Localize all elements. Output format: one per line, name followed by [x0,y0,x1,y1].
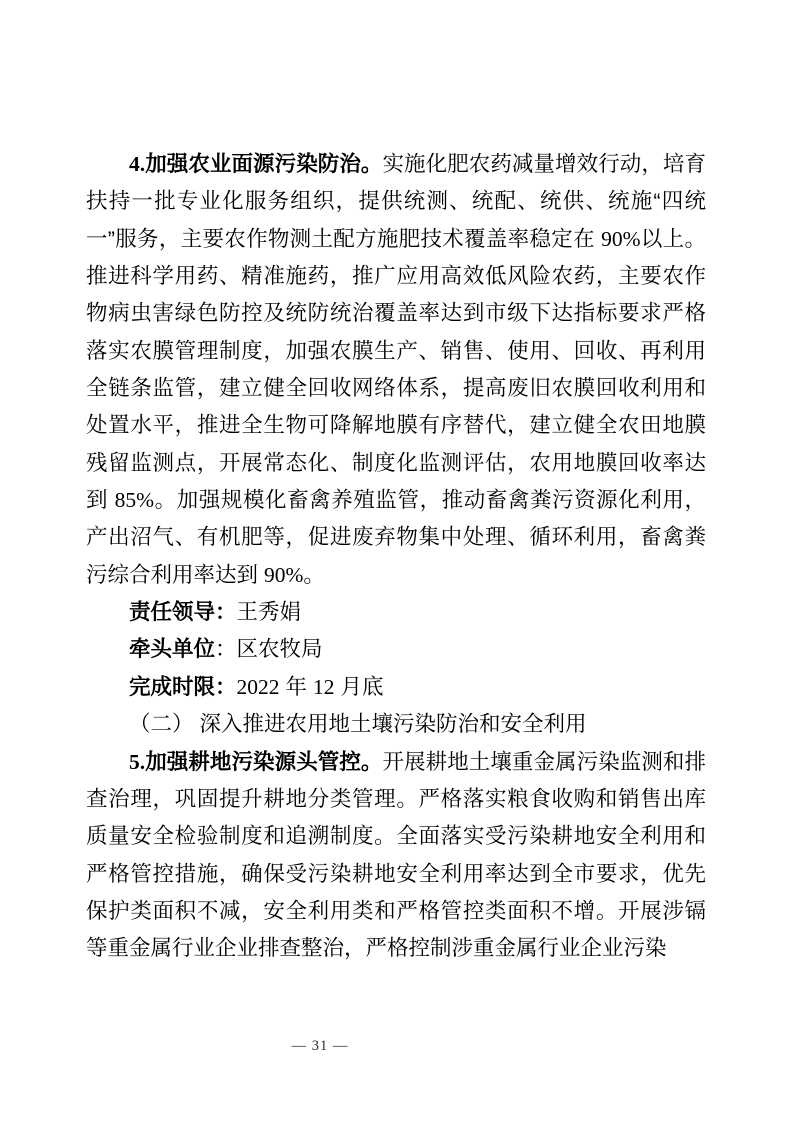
page-number: — 31 — [0,1038,640,1055]
text-run: 。 [303,563,325,587]
text-run: 加强耕地污染源头管控。 [145,750,382,774]
text-run: 90% [264,563,303,587]
text-run: 90% [601,227,640,251]
document-page: 4.加强农业面源污染防治。实施化肥农药减量增效行动，培育扶持一批专业化服务组织，… [0,0,793,1122]
text-run: 月底 [334,675,383,699]
text-run: （二） 深入推进农用地土壤污染防治和安全利用 [129,712,586,736]
text-run: 开展耕地土壤重金属污染监测和排查治理，巩固提升耕地分类管理。严格落实粮食收购和销… [86,750,706,961]
text-run: 12 [313,675,335,699]
section-heading-2: （二） 深入推进农用地土壤污染防治和安全利用 [86,706,706,743]
meta-deadline: 完成时限：2022 年 12 月底 [86,669,706,706]
text-run: 2022 [237,675,280,699]
text-run: 85% [115,488,154,512]
text-run: 。加强规模化畜禽养殖监管，推动畜禽粪污资源化利用，产出沼气、有机肥等，促进废弃物… [86,488,706,587]
text-run: 责任领导： [129,600,237,624]
text-run: 年 [280,675,313,699]
text-run: 牵头单位 [129,637,215,661]
document-content: 4.加强农业面源污染防治。实施化肥农药减量增效行动，培育扶持一批专业化服务组织，… [86,146,706,968]
text-run: 加强农业面源污染防治。 [145,152,382,176]
meta-responsible-leader: 责任领导：王秀娟 [86,594,706,631]
text-run: 4. [129,152,145,176]
text-run: 王秀娟 [237,600,302,624]
text-run: 5. [129,750,145,774]
text-run: 完成时限： [129,675,237,699]
meta-lead-unit: 牵头单位：区农牧局 [86,631,706,668]
paragraph-item-4: 4.加强农业面源污染防治。实施化肥农药减量增效行动，培育扶持一批专业化服务组织，… [86,146,706,594]
text-run: 以上。推进科学用药、精准施药，推广应用高效低风险农药，主要农作物病虫害绿色防控及… [86,227,706,512]
paragraph-item-5: 5.加强耕地污染源头管控。开展耕地土壤重金属污染监测和排查治理，巩固提升耕地分类… [86,744,706,968]
text-run: ：区农牧局 [215,637,323,661]
